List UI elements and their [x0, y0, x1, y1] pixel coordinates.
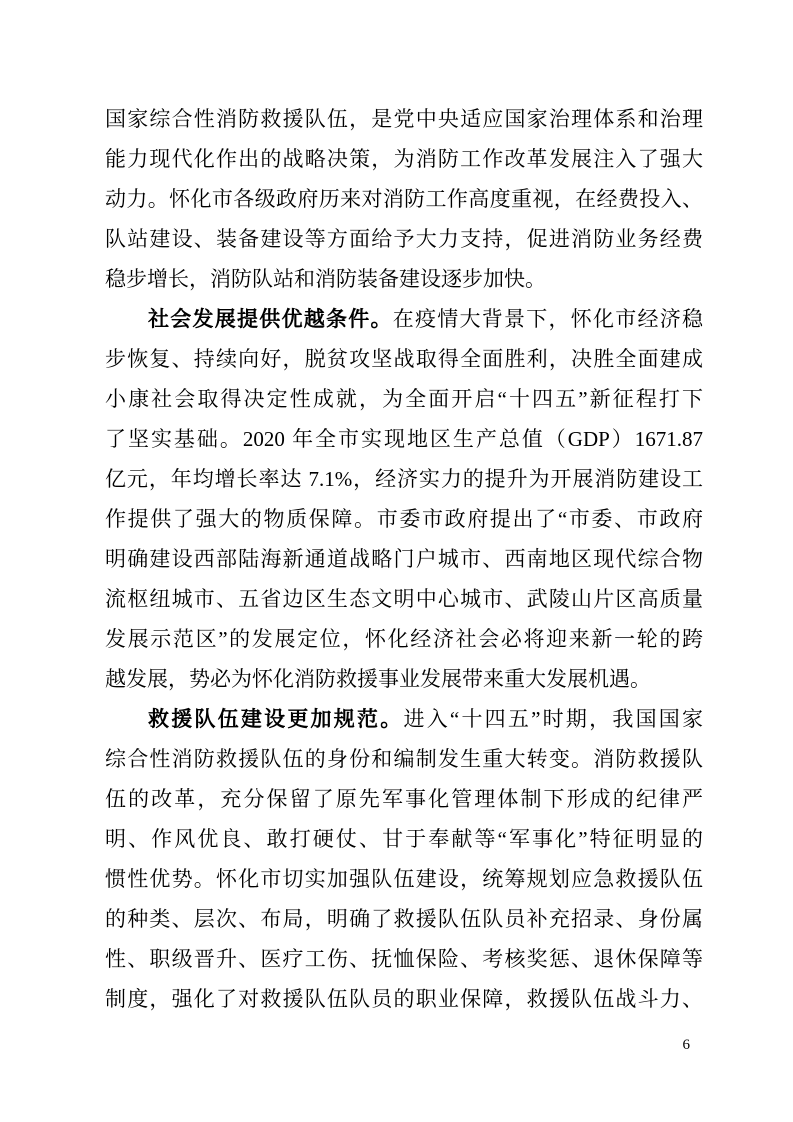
text-line: 队站建设、装备建设等方面给予大力支持，促进消防业务经费 — [105, 219, 703, 259]
paragraph-heading: 社会发展提供优越条件。 — [148, 307, 393, 331]
text-line: 综合性消防救援队伍的身份和编制发生重大转变。消防救援队 — [105, 739, 703, 779]
text-run: 在疫情大背景下，怀化市经济稳 — [393, 307, 703, 331]
paragraph-heading-line: 社会发展提供优越条件。在疫情大背景下，怀化市经济稳 — [105, 299, 703, 339]
text-line: 了坚实基础。2020 年全市实现地区生产总值（GDP）1671.87 — [105, 419, 703, 459]
text-line: 发展示范区”的发展定位，怀化经济社会必将迎来新一轮的跨 — [105, 619, 703, 659]
text-line: 稳步增长，消防队站和消防装备建设逐步加快。 — [105, 259, 703, 299]
text-line: 动力。怀化市各级政府历来对消防工作高度重视，在经费投入、 — [105, 179, 703, 219]
text-line: 越发展，势必为怀化消防救援事业发展带来重大发展机遇。 — [105, 659, 703, 699]
text-line: 能力现代化作出的战略决策，为消防工作改革发展注入了强大 — [105, 139, 703, 179]
text-line: 伍的改革，充分保留了原先军事化管理体制下形成的纪律严 — [105, 779, 703, 819]
paragraph-heading: 救援队伍建设更加规范。 — [148, 707, 403, 731]
document-page: 国家综合性消防救援队伍，是党中央适应国家治理体系和治理 能力现代化作出的战略决策… — [0, 0, 793, 1122]
text-line: 作提供了强大的物质保障。市委市政府提出了“市委、市政府 — [105, 499, 703, 539]
text-line: 国家综合性消防救援队伍，是党中央适应国家治理体系和治理 — [105, 99, 703, 139]
paragraph-heading-line: 救援队伍建设更加规范。进入“十四五”时期，我国国家 — [105, 699, 703, 739]
text-line: 明、作风优良、敢打硬仗、甘于奉献等“军事化”特征明显的 — [105, 819, 703, 859]
document-body: 国家综合性消防救援队伍，是党中央适应国家治理体系和治理 能力现代化作出的战略决策… — [105, 99, 703, 1019]
text-line: 性、职级晋升、医疗工伤、抚恤保险、考核奖惩、退休保障等 — [105, 939, 703, 979]
text-line: 惯性优势。怀化市切实加强队伍建设，统筹规划应急救援队伍 — [105, 859, 703, 899]
text-run: 进入“十四五”时期，我国国家 — [403, 707, 703, 731]
text-line: 的种类、层次、布局，明确了救援队伍队员补充招录、身份属 — [105, 899, 703, 939]
text-line: 亿元，年均增长率达 7.1%，经济实力的提升为开展消防建设工 — [105, 459, 703, 499]
text-line: 小康社会取得决定性成就，为全面开启“十四五”新征程打下 — [105, 379, 703, 419]
text-line: 明确建设西部陆海新通道战略门户城市、西南地区现代综合物 — [105, 539, 703, 579]
text-line: 步恢复、持续向好，脱贫攻坚战取得全面胜利，决胜全面建成 — [105, 339, 703, 379]
page-number: 6 — [0, 1035, 690, 1055]
text-line: 流枢纽城市、五省边区生态文明中心城市、武陵山片区高质量 — [105, 579, 703, 619]
text-line: 制度，强化了对救援队伍队员的职业保障，救援队伍战斗力、 — [105, 979, 703, 1019]
